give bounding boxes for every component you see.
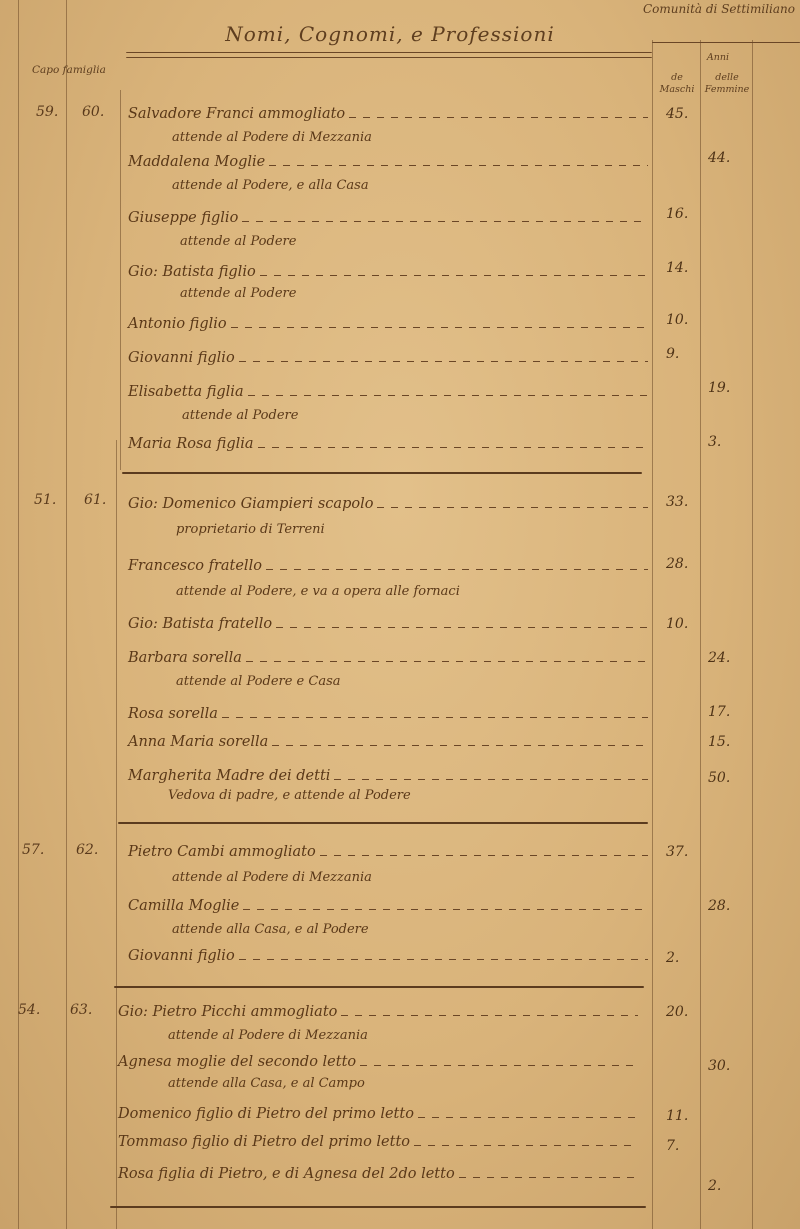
member-name: Camilla Moglie	[128, 898, 243, 914]
title-underline	[126, 52, 652, 58]
capo-number: 54.	[18, 1002, 40, 1018]
age-male: 9.	[666, 346, 679, 362]
dash-leader	[248, 386, 648, 396]
age-male: 10.	[666, 616, 688, 632]
dash-leader	[341, 1006, 638, 1016]
manuscript-page: Nomi, Cognomi, e Professioni Comunità di…	[0, 0, 800, 1229]
member-entry: Agnesa moglie del secondo letto	[118, 1048, 638, 1070]
member-name: Anna Maria sorella	[128, 734, 272, 750]
family-number: 62.	[76, 842, 98, 858]
age-female: 19.	[708, 380, 730, 396]
member-name: Francesco fratello	[128, 558, 266, 574]
dash-leader	[349, 108, 648, 118]
dash-leader	[276, 618, 648, 628]
member-entry: Tommaso figlio di Pietro del primo letto	[118, 1128, 638, 1150]
family-number: 63.	[70, 1002, 92, 1018]
member-entry: Gio: Batista figlio	[128, 258, 648, 280]
member-name: Giovanni figlio	[128, 350, 239, 366]
family-number: 61.	[84, 492, 106, 508]
dash-leader	[414, 1136, 638, 1146]
age-female: 24.	[708, 650, 730, 666]
member-entry: Francesco fratello	[128, 552, 648, 574]
dash-leader	[260, 266, 648, 276]
dash-leader	[242, 212, 648, 222]
member-entry: Rosa sorella	[128, 700, 648, 722]
member-occupation: attende al Podere	[180, 286, 296, 301]
member-entry: Camilla Moglie	[128, 892, 648, 914]
column-capo-famiglia: Capo famiglia	[32, 64, 106, 76]
member-entry: Antonio figlio	[128, 310, 648, 332]
column-femmine: delle Femmine	[702, 72, 752, 96]
family-separator	[114, 986, 644, 988]
age-male: 10.	[666, 312, 688, 328]
dash-leader	[266, 560, 648, 570]
member-name: Rosa sorella	[128, 706, 222, 722]
column-anni: Anni	[698, 52, 738, 64]
age-female: 17.	[708, 704, 730, 720]
member-name: Pietro Cambi ammogliato	[128, 844, 320, 860]
age-male: 7.	[666, 1138, 679, 1154]
member-entry: Salvadore Franci ammogliato	[128, 100, 648, 122]
community-header-rule	[652, 42, 800, 43]
dash-leader	[320, 846, 648, 856]
member-name: Tommaso figlio di Pietro del primo letto	[118, 1134, 414, 1150]
member-name: Elisabetta figlia	[128, 384, 248, 400]
age-female: 3.	[708, 434, 721, 450]
male-age-rule	[652, 40, 653, 1229]
dash-leader	[258, 438, 648, 448]
dash-leader	[269, 156, 648, 166]
member-name: Giuseppe figlio	[128, 210, 242, 226]
age-male: 37.	[666, 844, 688, 860]
member-name: Maria Rosa figlia	[128, 436, 258, 452]
member-occupation: attende al Podere di Mezzania	[168, 1028, 368, 1043]
member-name: Rosa figlia di Pietro, e di Agnesa del 2…	[118, 1166, 459, 1182]
member-entry: Gio: Batista fratello	[128, 610, 648, 632]
dash-leader	[459, 1168, 638, 1178]
capo-number: 51.	[34, 492, 56, 508]
member-occupation: attende al Podere di Mezzania	[172, 870, 372, 885]
margin-rule	[18, 0, 19, 1229]
family-separator	[118, 822, 648, 824]
member-occupation: proprietario di Terreni	[176, 522, 325, 537]
dash-leader	[222, 708, 648, 718]
dash-leader	[231, 318, 648, 328]
member-occupation: Vedova di padre, e attende al Podere	[168, 788, 411, 803]
age-female: 50.	[708, 770, 730, 786]
age-male: 14.	[666, 260, 688, 276]
dash-leader	[418, 1108, 638, 1118]
member-entry: Gio: Pietro Picchi ammogliato	[118, 998, 638, 1020]
member-occupation: attende alla Casa, e al Podere	[172, 922, 369, 937]
dash-leader	[334, 770, 648, 780]
age-male: 45.	[666, 106, 688, 122]
age-male: 20.	[666, 1004, 688, 1020]
family-separator	[122, 472, 642, 474]
member-occupation: attende al Podere, e va a opera alle for…	[176, 584, 460, 599]
dash-leader	[243, 900, 648, 910]
age-male: 28.	[666, 556, 688, 572]
age-female: 44.	[708, 150, 730, 166]
member-entry: Giuseppe figlio	[128, 204, 648, 226]
age-female: 2.	[708, 1178, 721, 1194]
member-occupation: attende al Podere e Casa	[176, 674, 341, 689]
capo-number: 57.	[22, 842, 44, 858]
member-entry: Margherita Madre dei detti	[128, 762, 648, 784]
member-name: Gio: Domenico Giampieri scapolo	[128, 496, 377, 512]
member-name: Giovanni figlio	[128, 948, 239, 964]
member-name: Domenico figlio di Pietro del primo lett…	[118, 1106, 418, 1122]
member-occupation: attende al Podere	[180, 234, 296, 249]
capo-number: 59.	[36, 104, 58, 120]
member-name: Gio: Batista fratello	[128, 616, 276, 632]
member-entry: Anna Maria sorella	[128, 728, 648, 750]
capo-column-rule	[66, 0, 67, 1229]
female-age-rule	[700, 40, 701, 1229]
age-female: 30.	[708, 1058, 730, 1074]
member-occupation: attende alla Casa, e al Campo	[168, 1076, 365, 1091]
age-male: 2.	[666, 950, 679, 966]
age-female: 28.	[708, 898, 730, 914]
member-name: Barbara sorella	[128, 650, 246, 666]
member-entry: Pietro Cambi ammogliato	[128, 838, 648, 860]
member-entry: Giovanni figlio	[128, 344, 648, 366]
family-separator	[110, 1206, 646, 1208]
age-male: 16.	[666, 206, 688, 222]
member-entry: Maria Rosa figlia	[128, 430, 648, 452]
age-male: 33.	[666, 494, 688, 510]
dash-leader	[377, 498, 648, 508]
right-rule	[752, 40, 753, 1229]
community-header: Comunità di Settimiliano	[638, 2, 800, 16]
dash-leader	[239, 950, 648, 960]
member-entry: Gio: Domenico Giampieri scapolo	[128, 490, 648, 512]
member-occupation: attende al Podere, e alla Casa	[172, 178, 369, 193]
page-title: Nomi, Cognomi, e Professioni	[140, 22, 640, 46]
member-name: Maddalena Moglie	[128, 154, 269, 170]
member-name: Margherita Madre dei detti	[128, 768, 334, 784]
family-number: 60.	[82, 104, 104, 120]
member-name: Gio: Batista figlio	[128, 264, 260, 280]
member-entry: Giovanni figlio	[128, 942, 648, 964]
dash-leader	[246, 652, 648, 662]
member-occupation: attende al Podere di Mezzania	[172, 130, 372, 145]
member-entry: Maddalena Moglie	[128, 148, 648, 170]
member-name: Gio: Pietro Picchi ammogliato	[118, 1004, 341, 1020]
age-female: 15.	[708, 734, 730, 750]
dash-leader	[239, 352, 648, 362]
member-occupation: attende al Podere	[182, 408, 298, 423]
member-entry: Elisabetta figlia	[128, 378, 648, 400]
dash-leader	[272, 736, 648, 746]
member-name: Antonio figlio	[128, 316, 231, 332]
member-entry: Rosa figlia di Pietro, e di Agnesa del 2…	[118, 1160, 638, 1182]
column-maschi: de Maschi	[654, 72, 700, 96]
member-entry: Barbara sorella	[128, 644, 648, 666]
age-male: 11.	[666, 1108, 688, 1124]
family-column-rule	[116, 440, 117, 1229]
member-entry: Domenico figlio di Pietro del primo lett…	[118, 1100, 638, 1122]
names-left-rule	[120, 90, 121, 470]
dash-leader	[360, 1056, 638, 1066]
member-name: Salvadore Franci ammogliato	[128, 106, 349, 122]
member-name: Agnesa moglie del secondo letto	[118, 1054, 360, 1070]
